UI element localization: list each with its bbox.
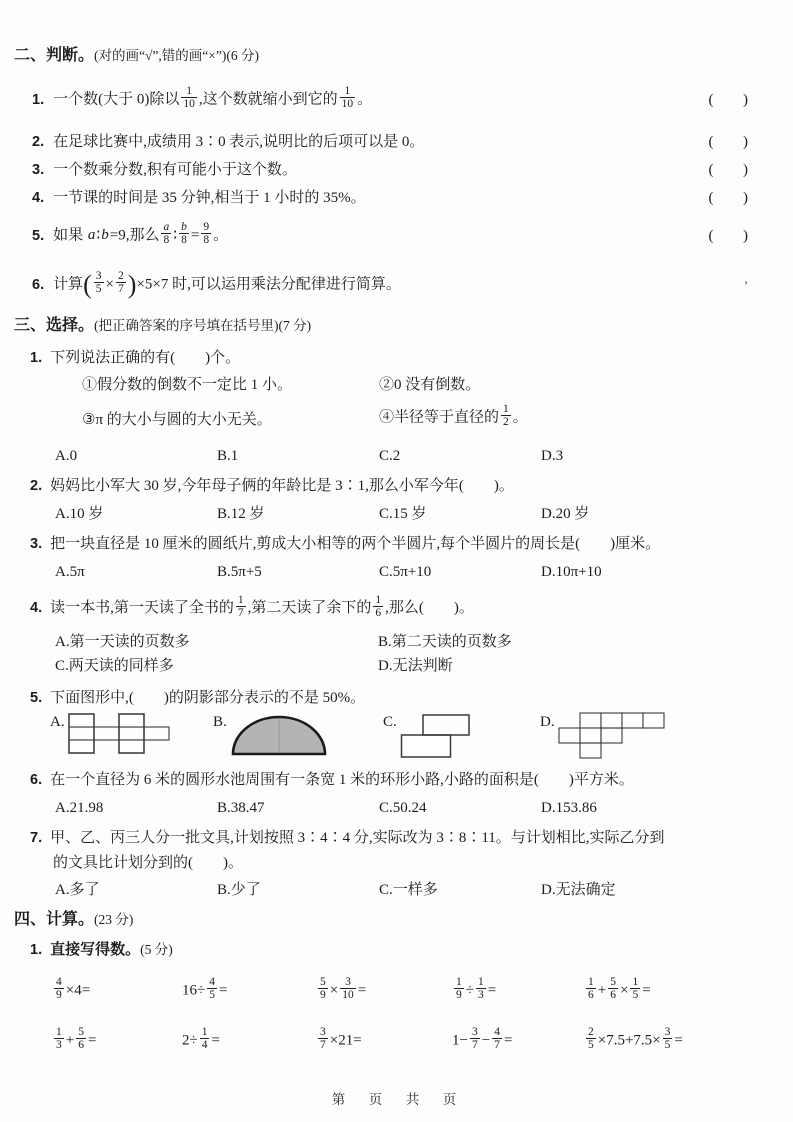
- choice-q1-statement-1: ①假分数的倒数不一定比 1 小。: [82, 372, 379, 398]
- choice-q3-option-d: D.10π+10: [541, 560, 602, 584]
- choice-q2-options: A.10 岁 B.12 岁 C.15 岁 D.20 岁: [55, 502, 793, 526]
- choice-q6-option-d: D.153.86: [541, 796, 597, 820]
- section-calc-note: (23 分): [94, 912, 133, 927]
- judge-item-4-text: 一节课的时间是 35 分钟,相当于 1 小时的 35%。: [53, 186, 700, 210]
- choice-q3-stem: 把一块直径是 10 厘米的圆纸片,剪成大小相等的两个半圆片,每个半圆片的周长是(…: [50, 532, 660, 556]
- figure-option-a: A.: [50, 712, 213, 756]
- calc-sub1-number: 1.: [30, 938, 42, 962]
- figure-a-cross-net-half-shaded: [68, 712, 172, 756]
- judge-item-5-answer-bracket: ( ): [709, 228, 750, 245]
- judge-item-1-answer-bracket: ( ): [709, 92, 750, 109]
- section-calc-title: 四、计算。: [14, 911, 94, 928]
- judge-item-4-number: 4.: [32, 186, 44, 210]
- choice-q4-option-b: B.第二天读的页数多: [378, 630, 512, 654]
- judge-item-5-text: 如果 a∶b=9,那么a8∶b8=98。: [53, 223, 700, 249]
- choice-q5-figures: A. B. C.: [50, 712, 793, 760]
- judge-item-2-answer-bracket: ( ): [709, 130, 750, 154]
- calc-expression-9: 1−37−47=: [452, 1028, 584, 1054]
- judge-item-2: 2. 在足球比赛中,成绩用 3∶0 表示,说明比的后项可以是 0。 ( ): [32, 130, 749, 154]
- choice-q7-option-a: A.多了: [55, 878, 217, 902]
- choice-q2-option-d: D.20 岁: [541, 502, 589, 526]
- choice-q7-option-b: B.少了: [217, 878, 379, 902]
- calc-expression-10: 25×7.5+7.5×35=: [584, 1028, 683, 1054]
- choice-q1: 1. 下列说法正确的有( )个。: [30, 346, 793, 370]
- judge-item-1-number: 1.: [32, 92, 44, 108]
- calc-expression-5: 16+56×15=: [584, 978, 651, 1004]
- calc-expression-8: 37×21=: [316, 1028, 452, 1054]
- choice-q1-option-a: A.0: [55, 444, 217, 468]
- figure-option-d: D.: [540, 712, 668, 760]
- choice-q7-option-d: D.无法确定: [541, 878, 616, 902]
- section-calc-heading: 四、计算。(23 分): [14, 910, 793, 930]
- figure-option-b: B.: [213, 712, 383, 758]
- judge-item-3-answer-bracket: ( ): [709, 158, 750, 182]
- judge-item-2-text: 在足球比赛中,成绩用 3∶0 表示,说明比的后项可以是 0。: [53, 130, 700, 154]
- figure-option-c: C.: [383, 712, 540, 760]
- test-paper-page: 二、判断。(对的画“√”,错的画“×”)(6 分) 1. 一个数(大于 0)除以…: [0, 0, 793, 1062]
- choice-q7-line1: 7. 甲、乙、丙三人分一批文具,计划按照 3∶4∶4 分,实际改为 3∶8∶11…: [30, 826, 793, 850]
- choice-q1-statements-row2: ③π 的大小与圆的大小无关。 ④半径等于直径的12。: [82, 398, 793, 438]
- choice-q4-stem: 读一本书,第一天读了全书的17,第二天读了余下的16,那么( )。: [50, 590, 474, 626]
- calc-expression-3: 59×310=: [316, 978, 452, 1004]
- judge-item-3-number: 3.: [32, 158, 44, 182]
- choice-q2-stem: 妈妈比小军大 30 岁,今年母子俩的年龄比是 3∶1,那么小军今年( )。: [50, 474, 514, 498]
- choice-q6-option-b: B.38.47: [217, 796, 379, 820]
- judge-item-1-text: 一个数(大于 0)除以110,这个数就缩小到它的110。: [53, 87, 700, 113]
- choice-q5-number: 5.: [30, 686, 42, 710]
- section-choice-note: (把正确答案的序号填在括号里)(7 分): [94, 318, 311, 333]
- choice-q6-stem: 在一个直径为 6 米的圆形水池周围有一条宽 1 米的环形小路,小路的面积是( )…: [50, 768, 634, 792]
- choice-q6-option-a: A.21.98: [55, 796, 217, 820]
- choice-q4-options-row1: A.第一天读的页数多 B.第二天读的页数多: [55, 630, 793, 654]
- judge-item-3-text: 一个数乘分数,积有可能小于这个数。: [53, 158, 700, 182]
- choice-q7-stem-line2: 的文具比计划分到的( )。: [53, 850, 243, 876]
- choice-q2-option-c: C.15 岁: [379, 502, 541, 526]
- choice-q5: 5. 下面图形中,( )的阴影部分表示的不是 50%。: [30, 686, 793, 710]
- choice-q3-options: A.5π B.5π+5 C.5π+10 D.10π+10: [55, 560, 793, 584]
- choice-q1-statement-3: ③π 的大小与圆的大小无关。: [82, 408, 379, 429]
- choice-q6-options: A.21.98 B.38.47 C.50.24 D.153.86: [55, 796, 793, 820]
- choice-q4-option-c: C.两天读的同样多: [55, 654, 378, 678]
- calc-expression-7: 2÷14=: [182, 1028, 316, 1054]
- choice-q1-option-b: B.1: [217, 444, 379, 468]
- choice-q3-option-b: B.5π+5: [217, 560, 379, 584]
- choice-q6-number: 6.: [30, 768, 42, 792]
- choice-q1-options: A.0 B.1 C.2 D.3: [55, 444, 793, 468]
- choice-q5-stem: 下面图形中,( )的阴影部分表示的不是 50%。: [50, 686, 365, 710]
- figure-b-label: B.: [213, 714, 227, 731]
- judge-item-1: 1. 一个数(大于 0)除以110,这个数就缩小到它的110。 ( ): [32, 80, 749, 120]
- judge-item-6: 6. 计算(35×27)×5×7 时,可以运用乘法分配律进行简算。 ’: [32, 264, 749, 306]
- choice-q3-number: 3.: [30, 532, 42, 556]
- judge-item-6-text: 计算(35×27)×5×7 时,可以运用乘法分配律进行简算。: [53, 272, 736, 298]
- choice-q1-statement-4: ④半径等于直径的12。: [379, 405, 528, 431]
- figure-a-label: A.: [50, 714, 65, 731]
- page-footer: 第 页 共 页: [0, 1088, 793, 1108]
- calc-expression-1: 49×4=: [52, 978, 182, 1004]
- calc-sub1-heading: 1. 直接写得数。 (5 分): [30, 938, 793, 962]
- choice-q4-number: 4.: [30, 590, 42, 626]
- choice-q7-line2: 的文具比计划分到的( )。: [53, 850, 793, 876]
- figure-c-two-rectangles-top-shaded: [400, 712, 474, 760]
- section-judge-heading: 二、判断。(对的画“√”,错的画“×”)(6 分): [14, 46, 793, 66]
- choice-q2-number: 2.: [30, 474, 42, 498]
- judge-item-4: 4. 一节课的时间是 35 分钟,相当于 1 小时的 35%。 ( ): [32, 186, 749, 210]
- section-choice-title: 三、选择。: [14, 317, 94, 334]
- choice-q1-number: 1.: [30, 346, 42, 370]
- choice-q2-option-a: A.10 岁: [55, 502, 217, 526]
- choice-q3-option-a: A.5π: [55, 560, 217, 584]
- judge-item-3: 3. 一个数乘分数,积有可能小于这个数。 ( ): [32, 158, 749, 182]
- choice-q1-statement-2: ②0 没有倒数。: [379, 372, 480, 398]
- choice-q1-statements-row1: ①假分数的倒数不一定比 1 小。 ②0 没有倒数。: [82, 372, 793, 398]
- choice-q7-option-c: C.一样多: [379, 878, 541, 902]
- choice-q4: 4. 读一本书,第一天读了全书的17,第二天读了余下的16,那么( )。: [30, 590, 793, 626]
- judge-item-5: 5. 如果 a∶b=9,那么a8∶b8=98。 ( ): [32, 216, 749, 256]
- judge-item-6-number: 6.: [32, 277, 44, 293]
- calc-sub1-label: 直接写得数。: [50, 938, 140, 962]
- choice-q7-options: A.多了 B.少了 C.一样多 D.无法确定: [55, 878, 793, 902]
- choice-q2-option-b: B.12 岁: [217, 502, 379, 526]
- section-choice-heading: 三、选择。(把正确答案的序号填在括号里)(7 分): [14, 316, 793, 336]
- judge-item-4-answer-bracket: ( ): [709, 186, 750, 210]
- judge-item-6-stray-mark: ’: [744, 278, 749, 293]
- choice-q1-stem: 下列说法正确的有( )个。: [50, 346, 240, 370]
- judge-item-5-number: 5.: [32, 228, 44, 244]
- figure-c-label: C.: [383, 714, 397, 731]
- choice-q4-option-a: A.第一天读的页数多: [55, 630, 378, 654]
- choice-q1-option-c: C.2: [379, 444, 541, 468]
- choice-q2: 2. 妈妈比小军大 30 岁,今年母子俩的年龄比是 3∶1,那么小军今年( )。: [30, 474, 793, 498]
- judge-item-2-number: 2.: [32, 130, 44, 154]
- choice-q6-option-c: C.50.24: [379, 796, 541, 820]
- calc-expression-6: 13+56=: [52, 1028, 182, 1054]
- choice-q4-options-row2: C.两天读的同样多 D.无法判断: [55, 654, 793, 678]
- choice-q7-stem-line1: 甲、乙、丙三人分一批文具,计划按照 3∶4∶4 分,实际改为 3∶8∶11。与计…: [50, 826, 664, 850]
- choice-q3: 3. 把一块直径是 10 厘米的圆纸片,剪成大小相等的两个半圆片,每个半圆片的周…: [30, 532, 793, 556]
- figure-d-label: D.: [540, 714, 555, 731]
- calc-row-1: 49×4= 16÷45= 59×310= 19÷13= 16+56×15=: [52, 970, 793, 1012]
- section-judge-title: 二、判断。: [14, 47, 94, 64]
- choice-q6: 6. 在一个直径为 6 米的圆形水池周围有一条宽 1 米的环形小路,小路的面积是…: [30, 768, 793, 792]
- calc-expression-4: 19÷13=: [452, 978, 584, 1004]
- choice-q1-option-d: D.3: [541, 444, 563, 468]
- choice-q4-option-d: D.无法判断: [378, 654, 453, 678]
- section-judge-note: (对的画“√”,错的画“×”)(6 分): [94, 48, 259, 63]
- figure-b-shaded-semicircle: [230, 712, 328, 758]
- figure-d-cube-net-half-shaded: [558, 712, 668, 760]
- choice-q3-option-c: C.5π+10: [379, 560, 541, 584]
- calc-expression-2: 16÷45=: [182, 978, 316, 1004]
- calc-row-2: 13+56= 2÷14= 37×21= 1−37−47= 25×7.5+7.5×…: [52, 1020, 793, 1062]
- calc-sub1-note: (5 分): [140, 938, 173, 962]
- choice-q7-number: 7.: [30, 826, 42, 850]
